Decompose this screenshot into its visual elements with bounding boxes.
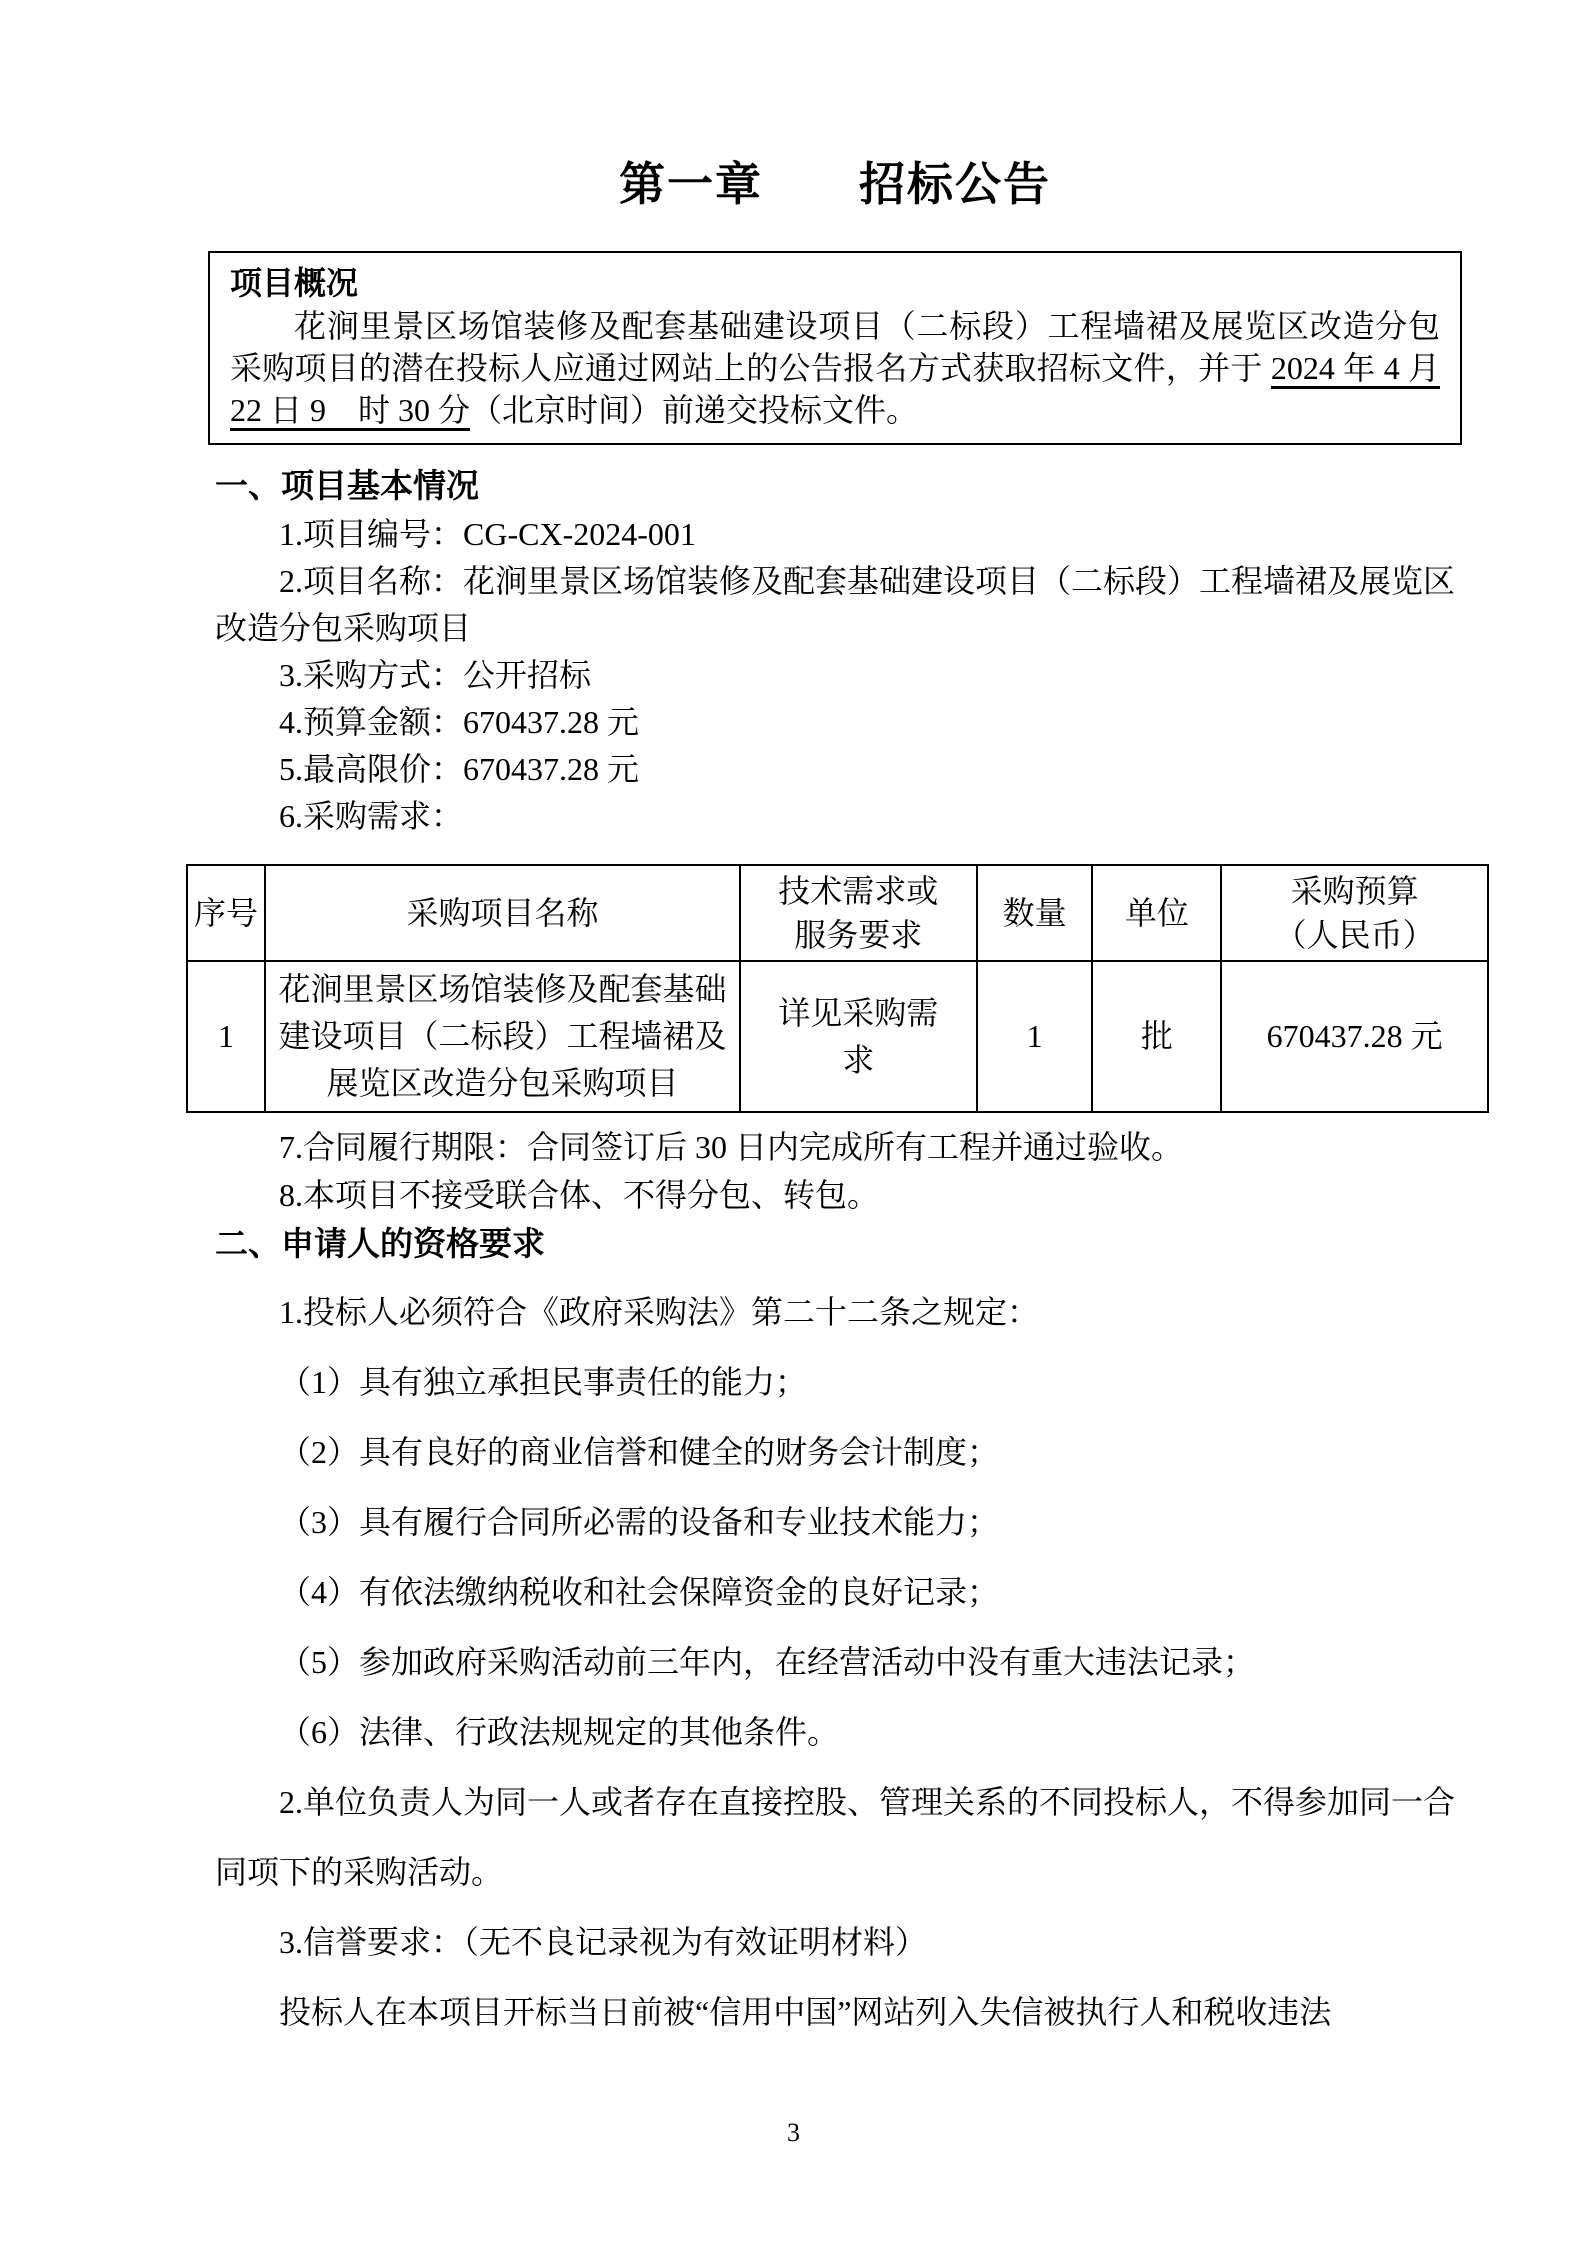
cell-unit: 批 xyxy=(1092,961,1221,1112)
max-price-line: 5.最高限价：670437.28 元 xyxy=(215,746,1455,793)
page-number: 3 xyxy=(0,2118,1587,2148)
chapter-title: 第一章 招标公告 xyxy=(215,158,1455,211)
section-heading-basic-info: 一、项目基本情况 xyxy=(215,461,1455,511)
col-header-unit: 单位 xyxy=(1092,865,1221,961)
qualification-list: 1.投标人必须符合《政府采购法》第二十二条之规定： （1）具有独立承担民事责任的… xyxy=(215,1277,1455,2047)
col-header-serial: 序号 xyxy=(187,865,265,961)
no-consortium-line: 8.本项目不接受联合体、不得分包、转包。 xyxy=(215,1171,1455,1219)
col-header-name: 采购项目名称 xyxy=(265,865,740,961)
project-name-line: 2.项目名称：花涧里景区场馆装修及配套基础建设项目（二标段）工程墙裙及展览区改造… xyxy=(215,558,1455,652)
cell-serial: 1 xyxy=(187,961,265,1112)
qualification-item-2: （2）具有良好的商业信誉和健全的财务会计制度； xyxy=(215,1417,1455,1487)
credit-china-line: 投标人在本项目开标当日前被“信用中国”网站列入失信被执行人和税收违法 xyxy=(215,1977,1455,2047)
cell-quantity: 1 xyxy=(977,961,1093,1112)
cell-requirement: 详见采购需 求 xyxy=(740,961,977,1112)
qualification-item-3: （3）具有履行合同所必需的设备和专业技术能力； xyxy=(215,1487,1455,1557)
document-page: 第一章 招标公告 项目概况 花涧里景区场馆装修及配套基础建设项目（二标段）工程墙… xyxy=(0,0,1587,2245)
col-header-budget: 采购预算 （人民币） xyxy=(1221,865,1488,961)
post-table-notes: 7.合同履行期限：合同签订后 30 日内完成所有工程并通过验收。 8.本项目不接… xyxy=(215,1123,1455,1219)
qualification-item-4: （4）有依法缴纳税收和社会保障资金的良好记录； xyxy=(215,1557,1455,1627)
basic-info-list: 1.项目编号：CG-CX-2024-001 2.项目名称：花涧里景区场馆装修及配… xyxy=(215,511,1455,840)
overview-outro: （北京时间）前递交投标文件。 xyxy=(470,392,918,428)
credit-requirement: 3.信誉要求：（无不良记录视为有效证明材料） xyxy=(215,1907,1455,1977)
page-content: 第一章 招标公告 项目概况 花涧里景区场馆装修及配套基础建设项目（二标段）工程墙… xyxy=(0,0,1587,2047)
col-header-quantity: 数量 xyxy=(977,865,1093,961)
table-row: 1 花涧里景区场馆装修及配套基础建设项目（二标段）工程墙裙及展览区改造分包采购项… xyxy=(187,961,1488,1112)
overview-paragraph: 花涧里景区场馆装修及配套基础建设项目（二标段）工程墙裙及展览区改造分包采购项目的… xyxy=(230,305,1440,431)
procurement-method-line: 3.采购方式：公开招标 xyxy=(215,652,1455,699)
cell-project-name: 花涧里景区场馆装修及配套基础建设项目（二标段）工程墙裙及展览区改造分包采购项目 xyxy=(265,961,740,1112)
budget-amount-line: 4.预算金额：670437.28 元 xyxy=(215,699,1455,746)
qualification-intro: 1.投标人必须符合《政府采购法》第二十二条之规定： xyxy=(215,1277,1455,1347)
project-overview-box: 项目概况 花涧里景区场馆装修及配套基础建设项目（二标段）工程墙裙及展览区改造分包… xyxy=(208,251,1462,445)
cell-budget: 670437.28 元 xyxy=(1221,961,1488,1112)
col-header-requirement: 技术需求或 服务要求 xyxy=(740,865,977,961)
section-heading-qualifications: 二、申请人的资格要求 xyxy=(215,1219,1455,1269)
overview-heading: 项目概况 xyxy=(230,261,1440,305)
qualification-item-6: （6）法律、行政法规规定的其他条件。 xyxy=(215,1697,1455,1767)
table-header-row: 序号 采购项目名称 技术需求或 服务要求 数量 单位 采购预算 （人民币） xyxy=(187,865,1488,961)
contract-period-line: 7.合同履行期限：合同签订后 30 日内完成所有工程并通过验收。 xyxy=(215,1123,1455,1171)
qualification-item-5: （5）参加政府采购活动前三年内，在经营活动中没有重大违法记录； xyxy=(215,1627,1455,1697)
procurement-table: 序号 采购项目名称 技术需求或 服务要求 数量 单位 采购预算 （人民币） 1 … xyxy=(186,864,1489,1113)
project-number-line: 1.项目编号：CG-CX-2024-001 xyxy=(215,511,1455,558)
procurement-demand-line: 6.采购需求： xyxy=(215,793,1455,840)
overview-intro: 花涧里景区场馆装修及配套基础建设项目（二标段）工程墙裙及展览区改造分包采购项目的… xyxy=(230,308,1440,386)
same-leader-rule: 2.单位负责人为同一人或者存在直接控股、管理关系的不同投标人，不得参加同一合同项… xyxy=(215,1767,1455,1907)
qualification-item-1: （1）具有独立承担民事责任的能力； xyxy=(215,1347,1455,1417)
